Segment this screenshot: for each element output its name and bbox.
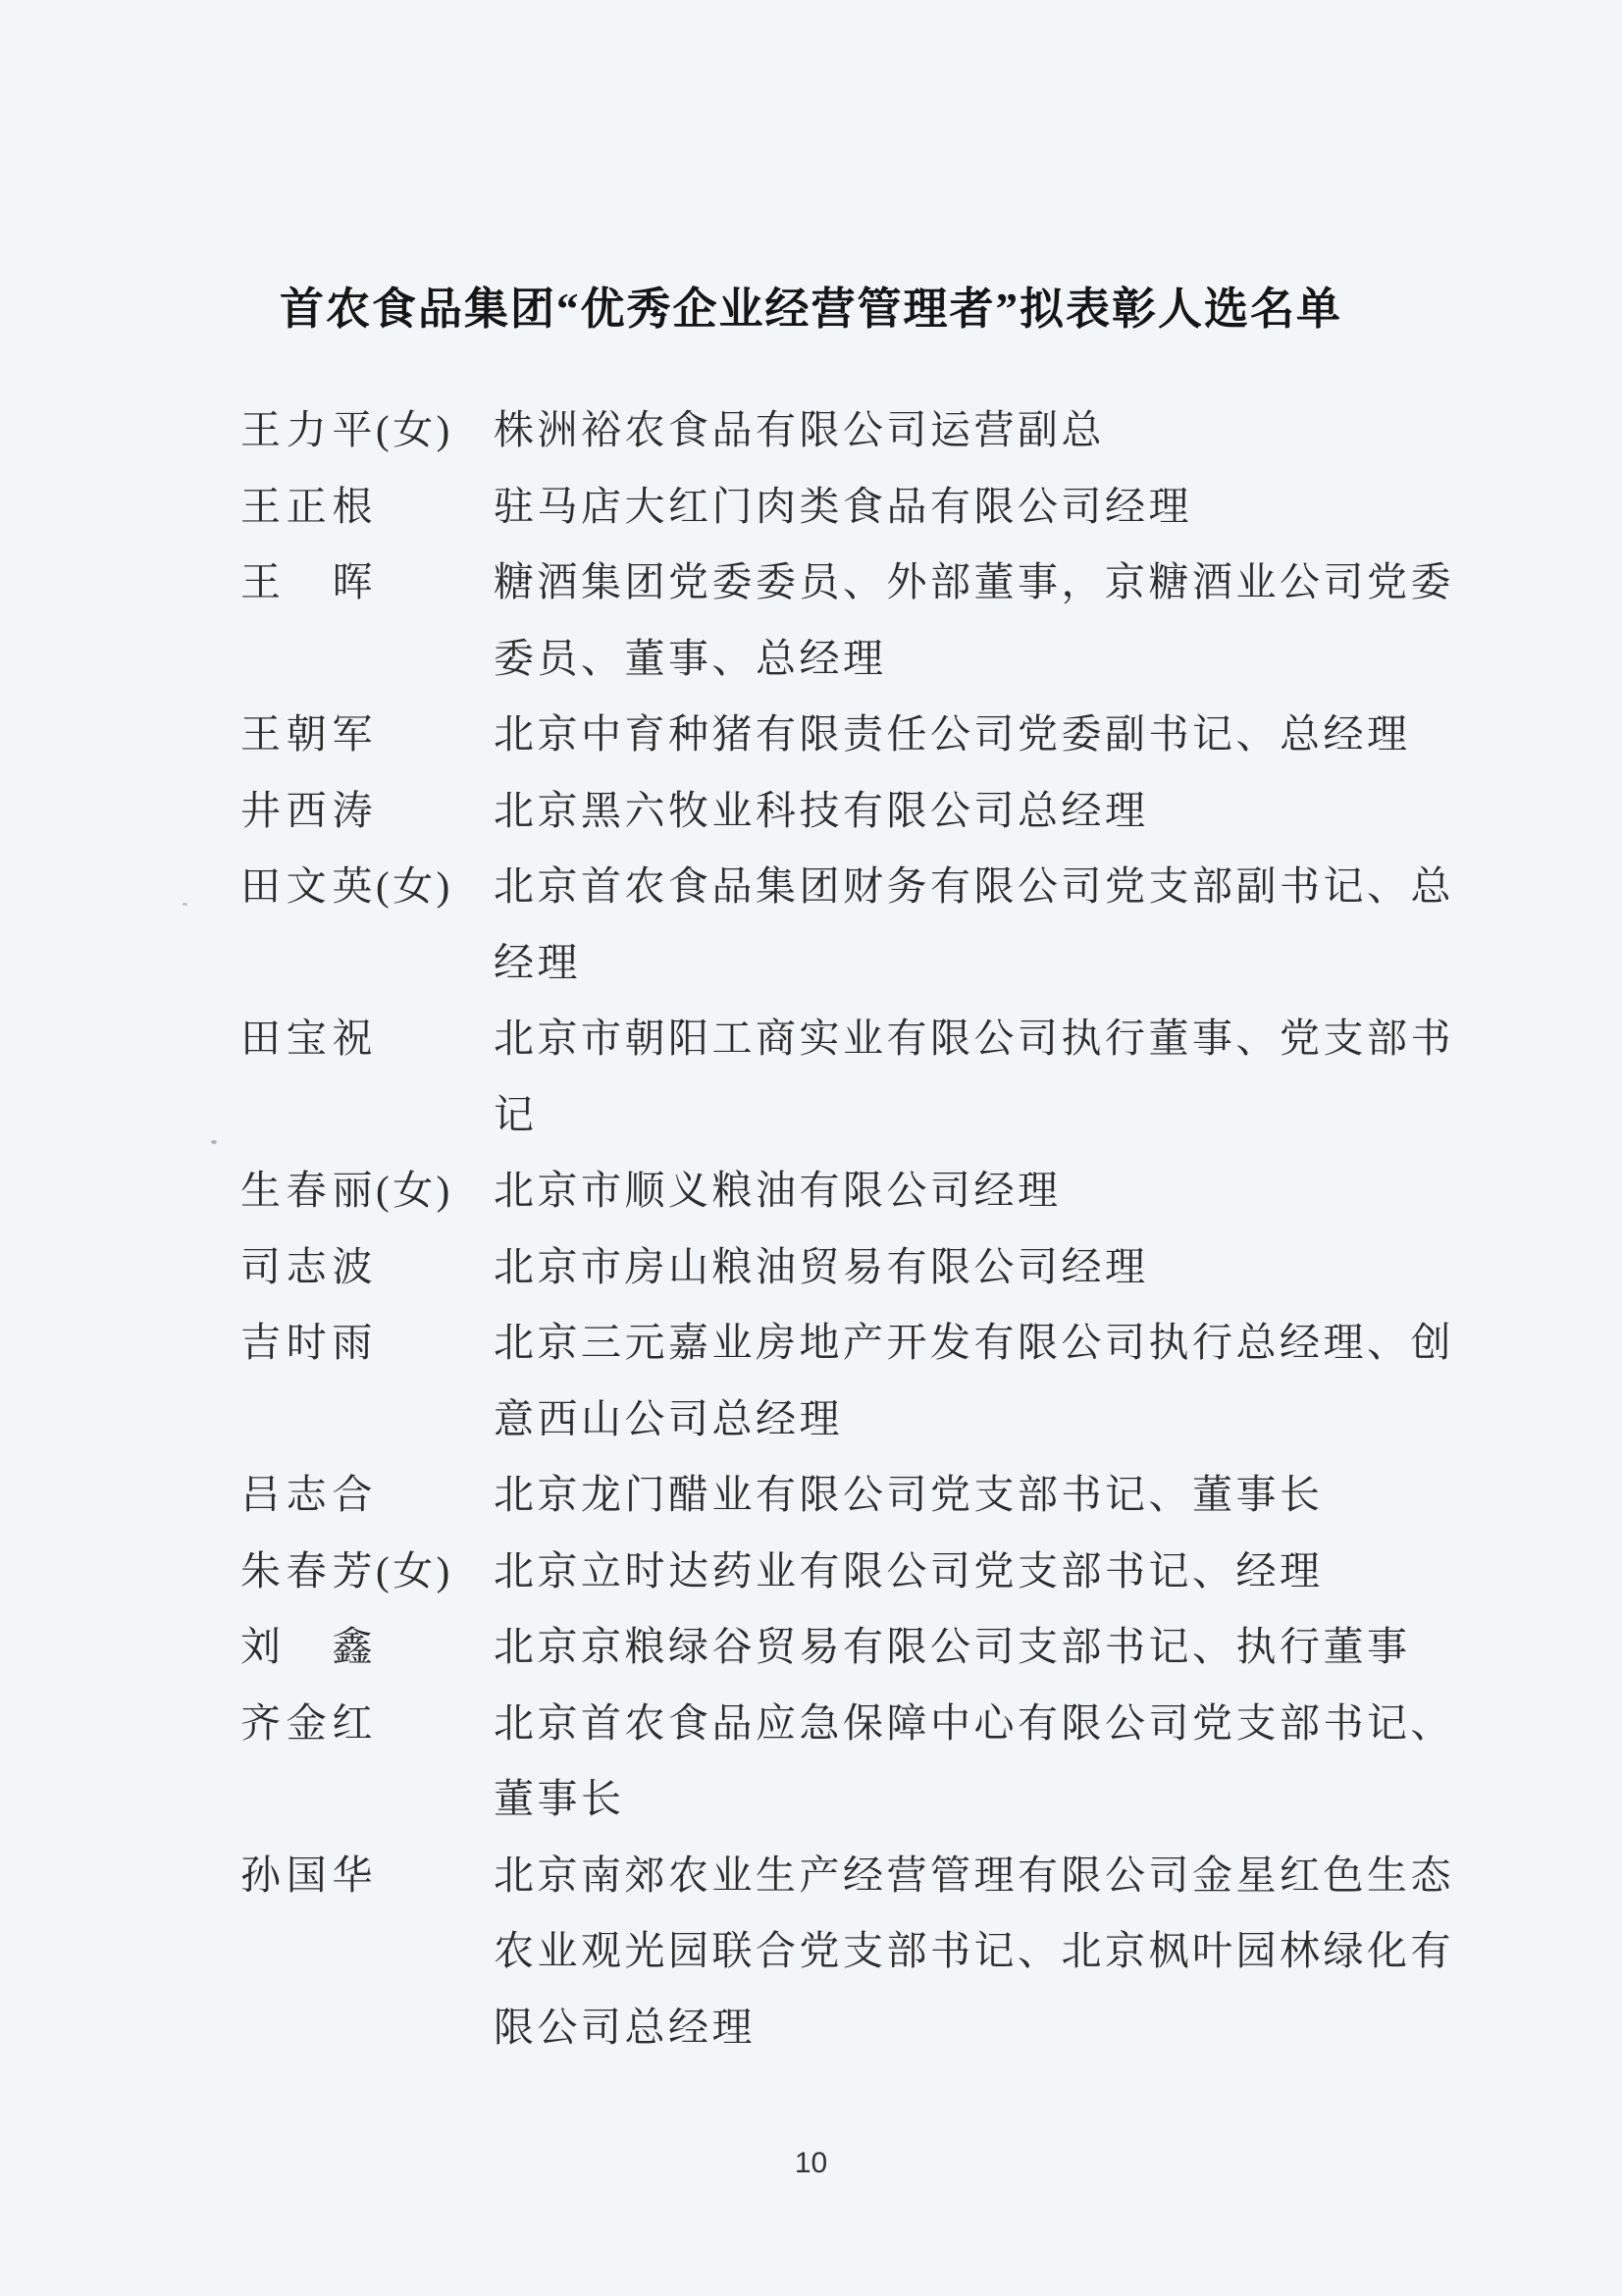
honoree-name: 齐金红 xyxy=(240,1686,376,1762)
honoree-name: 刘鑫 xyxy=(240,1609,376,1686)
honoree-position: 北京黑六牧业科技有限公司总经理 xyxy=(494,773,1470,850)
honoree-row: 王晖 糖酒集团党委委员、外部董事，京糖酒业公司党委 委员、董事、总经理 xyxy=(240,545,1477,697)
honoree-row: 井西涛 北京黑六牧业科技有限公司总经理 xyxy=(240,773,1477,850)
honoree-row: 王朝军 北京中育种猪有限责任公司党委副书记、总经理 xyxy=(240,697,1477,773)
honoree-name-cell: 田宝祝 xyxy=(240,1001,494,1077)
honoree-name-cell: 朱春芳(女) xyxy=(240,1534,494,1610)
honoree-name: 王朝军 xyxy=(240,697,376,773)
page-number: 10 xyxy=(0,2147,1622,2180)
honoree-name-cell: 刘鑫 xyxy=(240,1609,494,1686)
honoree-gender: (女) xyxy=(376,1153,453,1229)
honoree-name: 井西涛 xyxy=(240,773,376,850)
honoree-gender: (女) xyxy=(376,392,453,469)
honoree-position: 糖酒集团党委委员、外部董事，京糖酒业公司党委 委员、董事、总经理 xyxy=(494,545,1470,697)
honoree-name: 朱春芳 xyxy=(240,1534,376,1610)
honoree-name-cell: 孙国华 xyxy=(240,1838,494,1914)
honoree-row: 朱春芳(女) 北京立时达药业有限公司党支部书记、经理 xyxy=(240,1534,1477,1610)
honoree-position: 北京立时达药业有限公司党支部书记、经理 xyxy=(494,1534,1470,1610)
honoree-gender: (女) xyxy=(376,1534,453,1610)
honoree-row: 田文英(女) 北京首农食品集团财务有限公司党支部副书记、总 经理 xyxy=(240,849,1477,1001)
honoree-row: 王力平(女) 株洲裕农食品有限公司运营副总 xyxy=(240,392,1477,469)
honoree-name-cell: 田文英(女) xyxy=(240,849,494,925)
honoree-name: 王力平 xyxy=(240,392,376,469)
honoree-name-cell: 王力平(女) xyxy=(240,392,494,469)
honoree-position: 北京市朝阳工商实业有限公司执行董事、党支部书 记 xyxy=(494,1001,1470,1153)
honoree-position: 北京龙门醋业有限公司党支部书记、董事长 xyxy=(494,1457,1470,1534)
honoree-name-cell: 生春丽(女) xyxy=(240,1153,494,1229)
honoree-row: 王正根 驻马店大红门肉类食品有限公司经理 xyxy=(240,469,1477,546)
honoree-row: 刘鑫 北京京粮绿谷贸易有限公司支部书记、执行董事 xyxy=(240,1609,1477,1686)
honoree-row: 司志波 北京市房山粮油贸易有限公司经理 xyxy=(240,1229,1477,1306)
scan-speck xyxy=(183,903,187,906)
honoree-name: 田文英 xyxy=(240,849,376,925)
honoree-name: 王正根 xyxy=(240,469,376,546)
honoree-name-cell: 井西涛 xyxy=(240,773,494,850)
honoree-position: 驻马店大红门肉类食品有限公司经理 xyxy=(494,469,1470,546)
honoree-name: 吉时雨 xyxy=(240,1305,376,1382)
honoree-position: 北京首农食品集团财务有限公司党支部副书记、总 经理 xyxy=(494,849,1470,1001)
honoree-name-cell: 王晖 xyxy=(240,545,494,621)
honoree-position: 北京京粮绿谷贸易有限公司支部书记、执行董事 xyxy=(494,1609,1470,1686)
honoree-name: 王晖 xyxy=(240,545,376,621)
honoree-name: 田宝祝 xyxy=(240,1001,376,1077)
honoree-name: 孙国华 xyxy=(240,1838,376,1914)
honoree-name: 吕志合 xyxy=(240,1457,376,1534)
honoree-position: 北京三元嘉业房地产开发有限公司执行总经理、创 意西山公司总经理 xyxy=(494,1305,1470,1457)
honoree-position: 北京南郊农业生产经营管理有限公司金星红色生态 农业观光园联合党支部书记、北京枫叶… xyxy=(494,1838,1470,2066)
honoree-name-cell: 齐金红 xyxy=(240,1686,494,1762)
honoree-name-cell: 吕志合 xyxy=(240,1457,494,1534)
honoree-row: 吉时雨 北京三元嘉业房地产开发有限公司执行总经理、创 意西山公司总经理 xyxy=(240,1305,1477,1457)
scan-speck xyxy=(211,1140,217,1144)
honoree-name-cell: 王正根 xyxy=(240,469,494,546)
honoree-list: 王力平(女) 株洲裕农食品有限公司运营副总 王正根 驻马店大红门肉类食品有限公司… xyxy=(240,392,1477,2065)
honoree-name: 生春丽 xyxy=(240,1153,376,1229)
honoree-position: 北京中育种猪有限责任公司党委副书记、总经理 xyxy=(494,697,1470,773)
honoree-name: 司志波 xyxy=(240,1229,376,1306)
honoree-row: 生春丽(女) 北京市顺义粮油有限公司经理 xyxy=(240,1153,1477,1229)
honoree-name-cell: 吉时雨 xyxy=(240,1305,494,1382)
page-title: 首农食品集团“优秀企业经营管理者”拟表彰人选名单 xyxy=(0,273,1622,337)
honoree-row: 吕志合 北京龙门醋业有限公司党支部书记、董事长 xyxy=(240,1457,1477,1534)
honoree-row: 田宝祝 北京市朝阳工商实业有限公司执行董事、党支部书 记 xyxy=(240,1001,1477,1153)
honoree-position: 北京首农食品应急保障中心有限公司党支部书记、 董事长 xyxy=(494,1686,1470,1838)
honoree-row: 齐金红 北京首农食品应急保障中心有限公司党支部书记、 董事长 xyxy=(240,1686,1477,1838)
honoree-name-cell: 王朝军 xyxy=(240,697,494,773)
honoree-row: 孙国华 北京南郊农业生产经营管理有限公司金星红色生态 农业观光园联合党支部书记、… xyxy=(240,1838,1477,2066)
honoree-gender: (女) xyxy=(376,849,453,925)
honoree-position: 北京市房山粮油贸易有限公司经理 xyxy=(494,1229,1470,1306)
honoree-position: 北京市顺义粮油有限公司经理 xyxy=(494,1153,1470,1229)
honoree-name-cell: 司志波 xyxy=(240,1229,494,1306)
honoree-position: 株洲裕农食品有限公司运营副总 xyxy=(494,392,1470,469)
